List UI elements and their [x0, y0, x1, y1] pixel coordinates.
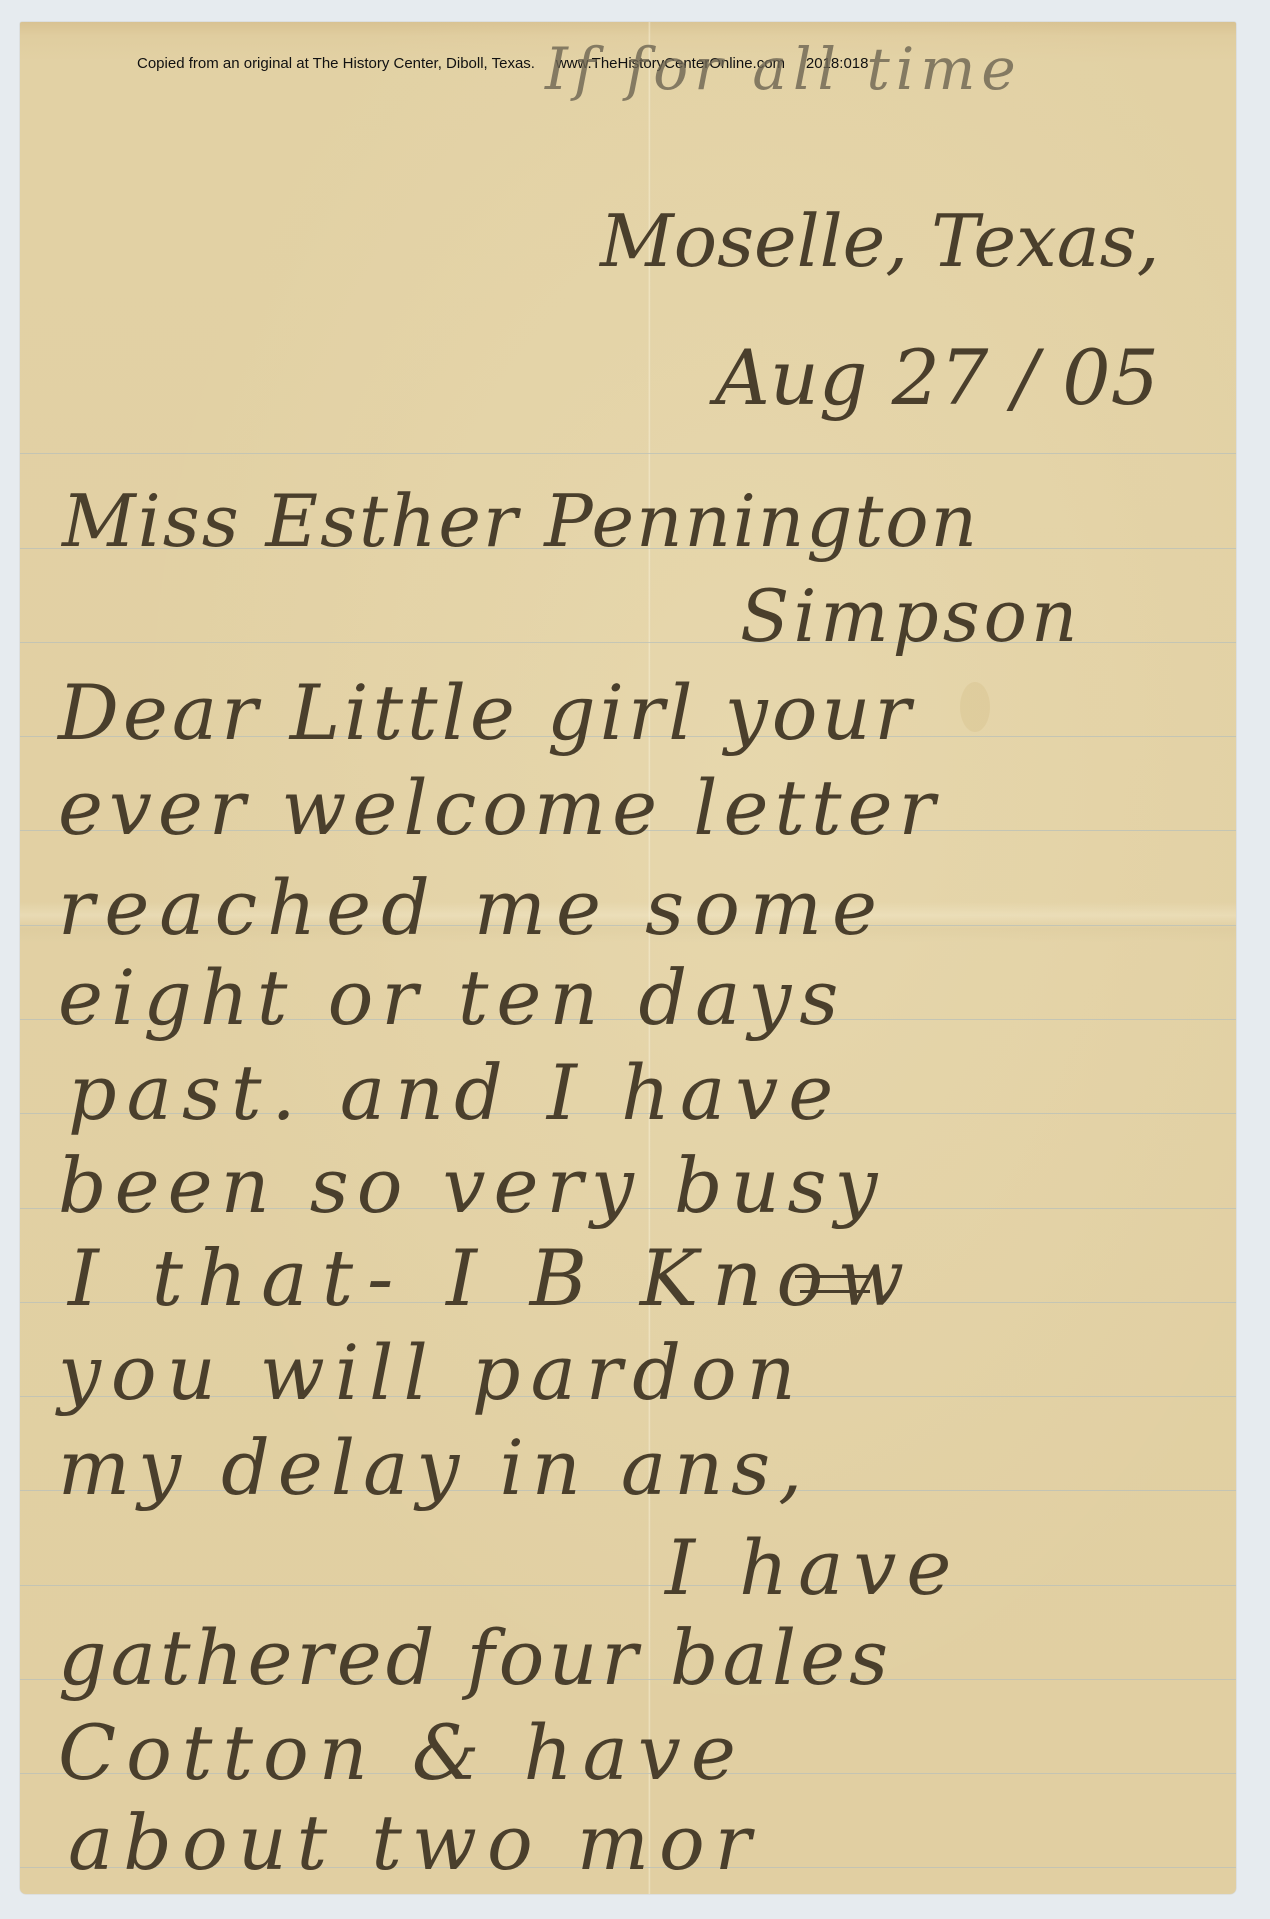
- strikethrough-mark: [800, 1290, 870, 1293]
- body-line: reached me some: [58, 870, 887, 946]
- body-line: been so very busy: [58, 1148, 886, 1224]
- body-line: my delay in ans,: [58, 1430, 810, 1506]
- body-line: Cotton & have: [58, 1715, 746, 1791]
- body-line: past. and I have: [68, 1055, 843, 1131]
- recipient-name: Miss Esther Pennington: [62, 485, 979, 557]
- letter-date: Aug 27 / 05: [715, 340, 1159, 416]
- top-margin-note: If for all time: [545, 40, 1022, 98]
- body-line: Dear Little girl your: [58, 675, 915, 751]
- recipient-line2: Simpson: [740, 580, 1081, 652]
- ruled-line: [20, 453, 1236, 454]
- body-line: gathered four bales: [58, 1620, 892, 1696]
- body-line: about two mor: [68, 1805, 761, 1881]
- archive-source: Copied from an original at The History C…: [137, 55, 535, 72]
- body-line: I that- I B Know: [68, 1240, 918, 1318]
- ruled-line: [20, 1585, 1236, 1586]
- stain: [960, 682, 990, 732]
- letter-place: Moselle, Texas,: [600, 205, 1159, 277]
- body-line: I have: [665, 1530, 961, 1606]
- strikethrough-mark: [795, 1275, 870, 1278]
- body-line: you will pardon: [58, 1335, 806, 1411]
- body-line: ever welcome letter: [58, 770, 941, 846]
- body-line: eight or ten days: [58, 960, 846, 1036]
